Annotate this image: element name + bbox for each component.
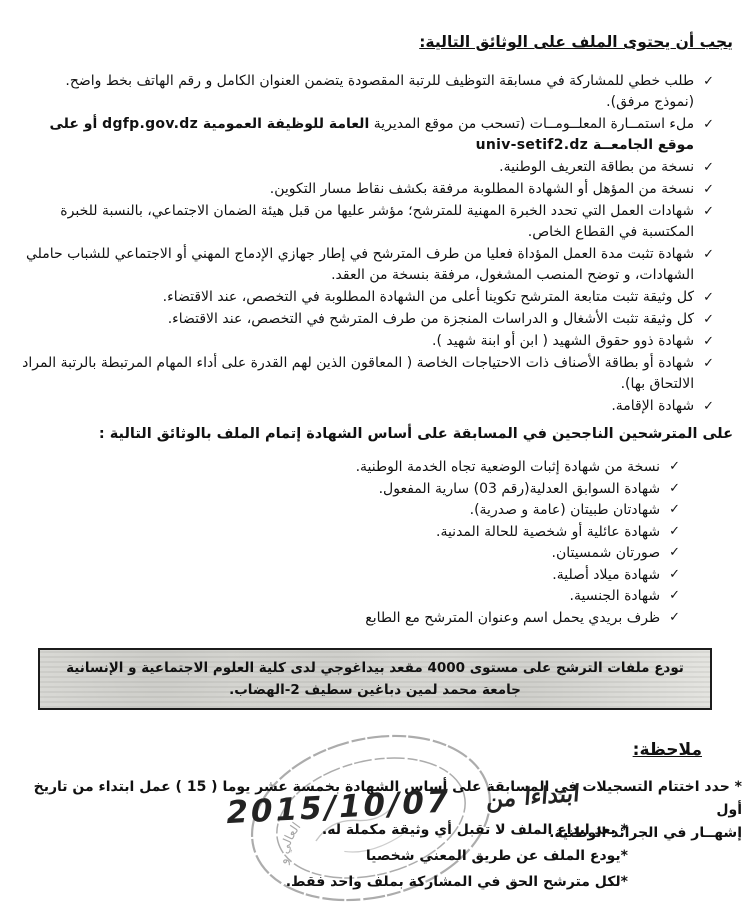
list-item: ✓ شهادات العمل التي تحدد الخبرة المهنية …	[14, 201, 714, 243]
checkmark-icon: ✓	[703, 287, 714, 308]
list-item-text: طلب خطي للمشاركة في مسابقة التوظيف للرتب…	[65, 73, 694, 89]
checkmark-icon: ✓	[703, 71, 714, 113]
list-item-text: نسخة من المؤهل أو الشهادة المطلوبة مرفقة…	[14, 179, 694, 200]
deposit-notice-line1: تودع ملفات الترشح على مستوى 4000 مقعد بي…	[66, 657, 684, 679]
list-item-text: نسخة من بطاقة التعريف الوطنية.	[14, 157, 694, 178]
list-item: ✓ شهادة أو بطاقة الأصناف ذات الاحتياجات …	[14, 353, 714, 395]
list-item-text: شهادة عائلية أو شخصية للحالة المدنية.	[14, 522, 660, 543]
checkmark-icon: ✓	[703, 396, 714, 417]
successful-candidates-header: على المترشحين الناجحين في المسابقة على أ…	[14, 426, 733, 442]
note-line: *يودع الملف عن طريق المعني شخصيا	[286, 846, 628, 866]
checkmark-icon: ✓	[669, 522, 680, 543]
list-item-text: نسخة من شهادة إثبات الوضعية تجاه الخدمة …	[14, 457, 660, 478]
list-item: ✓ شهادة الجنسية.	[14, 586, 680, 607]
document-title: يجب أن يحتوى الملف على الوثائق التالية:	[419, 33, 733, 51]
list-item-text: شهادة أو بطاقة الأصناف ذات الاحتياجات ال…	[14, 353, 694, 395]
completion-documents-list: ✓ نسخة من شهادة إثبات الوضعية تجاه الخدم…	[14, 457, 680, 629]
list-item: ✓ ظرف بريدي يحمل اسم وعنوان المترشح مع ا…	[14, 608, 680, 629]
handwritten-prefix: ابتداءا من	[483, 781, 580, 813]
scanned-document-page: يجب أن يحتوى الملف على الوثائق التالية: …	[0, 0, 748, 923]
list-item: ✓ كل وثيقة تثبت متابعة المترشح تكوينا أع…	[14, 287, 714, 308]
checkmark-icon: ✓	[703, 114, 714, 156]
list-item: ✓ شهادتان طبيتان (عامة و صدرية).	[14, 500, 680, 521]
list-item-text: صورتان شمسيتان.	[14, 543, 660, 564]
checkmark-icon: ✓	[669, 565, 680, 586]
list-item-text: شهادة الإقامة.	[14, 396, 694, 417]
checkmark-icon: ✓	[669, 457, 680, 478]
list-item: ✓ شهادة عائلية أو شخصية للحالة المدنية.	[14, 522, 680, 543]
checkmark-icon: ✓	[703, 157, 714, 178]
checkmark-icon: ✓	[669, 500, 680, 521]
checkmark-icon: ✓	[703, 201, 714, 243]
list-item-subnote: (نموذج مرفق).	[14, 92, 694, 113]
list-item-text: ملء استمــارة المعلــومــات (تسحب من موق…	[369, 116, 694, 132]
list-item-text: كل وثيقة تثبت الأشغال و الدراسات المنجزة…	[14, 309, 694, 330]
list-item: ✓ شهادة السوابق العدلية(رقم 03) سارية ال…	[14, 479, 680, 500]
dgfp-url-text: dgfp.gov.dz	[102, 116, 198, 132]
checkmark-icon: ✓	[703, 309, 714, 330]
list-item: ✓ شهادة الإقامة.	[14, 396, 714, 417]
checkmark-icon: ✓	[703, 331, 714, 352]
list-item: ✓ نسخة من شهادة إثبات الوضعية تجاه الخدم…	[14, 457, 680, 478]
list-item: ✓ شهادة ذوو حقوق الشهيد ( ابن أو ابنة شه…	[14, 331, 714, 352]
required-documents-list: ✓ طلب خطي للمشاركة في مسابقة التوظيف للر…	[14, 71, 714, 418]
checkmark-icon: ✓	[703, 353, 714, 395]
list-item: ✓ شهادة ميلاد أصلية.	[14, 565, 680, 586]
list-item-text: شهادات العمل التي تحدد الخبرة المهنية لل…	[14, 201, 694, 243]
note-line: *لكل مترشح الحق في المشاركة بملف واحد فق…	[286, 872, 628, 892]
university-url-text: univ-setif2.dz	[476, 137, 589, 153]
checkmark-icon: ✓	[703, 179, 714, 200]
checkmark-icon: ✓	[703, 244, 714, 286]
checkmark-icon: ✓	[669, 479, 680, 500]
deposit-notice-line2: جامعة محمد لمين دباغين سطيف 2-الهضاب.	[229, 679, 521, 701]
list-item-text-bold: العامة للوظيفة العمومية	[198, 116, 369, 132]
list-item-text: ظرف بريدي يحمل اسم وعنوان المترشح مع الط…	[14, 608, 660, 629]
list-item: ✓ كل وثيقة تثبت الأشغال و الدراسات المنج…	[14, 309, 714, 330]
notes-list: * بعد ايداع الملف لا تقبل أي وثيقة مكملة…	[286, 820, 628, 898]
list-item-text: شهادة الجنسية.	[14, 586, 660, 607]
note-heading: ملاحظة:	[633, 740, 702, 760]
list-item-text: كل وثيقة تثبت متابعة المترشح تكوينا أعلى…	[14, 287, 694, 308]
list-item-text: شهادتان طبيتان (عامة و صدرية).	[14, 500, 660, 521]
checkmark-icon: ✓	[669, 586, 680, 607]
list-item-text: شهادة تثبت مدة العمل المؤداة فعليا من طر…	[14, 244, 694, 286]
list-item: ✓ ملء استمــارة المعلــومــات (تسحب من م…	[14, 114, 714, 156]
list-item: ✓ نسخة من بطاقة التعريف الوطنية.	[14, 157, 714, 178]
list-item-text: شهادة ميلاد أصلية.	[14, 565, 660, 586]
list-item: ✓ صورتان شمسيتان.	[14, 543, 680, 564]
deposit-notice-box: تودع ملفات الترشح على مستوى 4000 مقعد بي…	[38, 648, 712, 710]
list-item-text: شهادة السوابق العدلية(رقم 03) سارية المف…	[14, 479, 660, 500]
list-item: ✓ شهادة تثبت مدة العمل المؤداة فعليا من …	[14, 244, 714, 286]
checkmark-icon: ✓	[669, 543, 680, 564]
checkmark-icon: ✓	[669, 608, 680, 629]
list-item: ✓ نسخة من المؤهل أو الشهادة المطلوبة مرف…	[14, 179, 714, 200]
list-item-text: شهادة ذوو حقوق الشهيد ( ابن أو ابنة شهيد…	[14, 331, 694, 352]
list-item: ✓ طلب خطي للمشاركة في مسابقة التوظيف للر…	[14, 71, 714, 113]
